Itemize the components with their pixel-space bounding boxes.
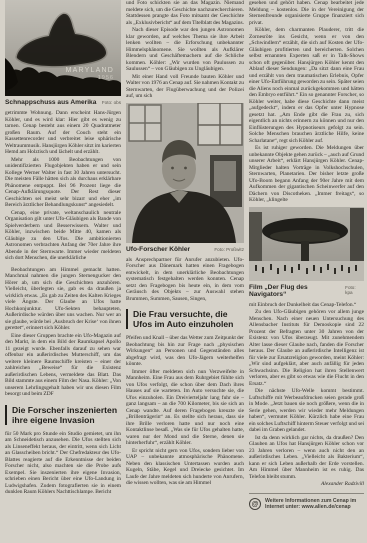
body-paragraph: Mit einer Hand voll Freunde bauten Köhle… [126,74,244,100]
internet-infobox: @ Weitere Informationen zum Cenap im Int… [249,493,364,511]
ufo-snapshot-photo: MARYLAND 1956 [5,0,121,96]
building-left [249,212,262,262]
subhead-frau-ufos-auto: Die Frau versuchte, die Ufos im Auto ein… [126,309,244,329]
column-right: gesehen und gehört haben. Cenap bearbeit… [249,0,364,543]
body-paragraph: Pfeifen und Knall – über das Wetter zum … [126,335,244,368]
body-paragraph: Er spricht nicht gern von Ufos, sondern … [126,448,244,487]
koehler-portrait-photo [126,103,244,243]
body-paragraph: Zu den Ufo-Gläubigen gehören vor allem j… [249,309,364,387]
body-paragraph: Nach dieser Episode war den jungen Astro… [126,27,244,73]
photo-caption: Ufo-Forscher Köhler [126,246,190,253]
body-paragraph: Beobachtungen am Himmel gemacht hatten. … [5,267,121,332]
body-paragraph: und Foto schickten sie an das Magazin. N… [126,0,244,26]
body-paragraph: mit Einbruch der Dunkelheit das Cenap-Te… [249,302,364,309]
building-right [350,208,364,262]
column-left: MARYLAND 1956 Schnappschuss aus Amerika … [5,0,121,543]
newspaper-page: MARYLAND 1956 Schnappschuss aus Amerika … [0,0,367,543]
column-middle: und Foto schickten sie an das Magazin. N… [126,0,244,543]
body-paragraph: Cenap, eine private, weltanschaulich neu… [5,210,121,262]
body-paragraph: für 50 Mark pro Stunde ein Studio gemiet… [5,431,121,496]
subhead-forscher-invasion: Die Forscher inszenierten ihre eigene In… [5,405,121,425]
photo-label-year: 1956 [98,75,114,81]
photo-caption: Schnappschuss aus Amerika [5,99,96,106]
author-byline: Alexander Radzivill [249,481,364,487]
koehler-photo-caption-row: Ufo-Forscher Köhler Foto: Proßwitz [126,246,244,253]
photo-caption: Film „Der Flug des Navigators“ [249,284,345,298]
photo-credit: Foto: kpa [345,285,364,295]
ufo-photo-caption-row: Schnappschuss aus Amerika Foto: obs [5,99,121,106]
body-paragraph: Immer öfter meldeten sich nun Verzweifel… [126,369,244,447]
body-paragraph: getrimmte Wohnung. Dann erscheint Hans-J… [5,110,121,156]
body-paragraph: Köhler, dem charmanten Plauderer, tritt … [249,27,364,144]
navigator-film-photo [249,207,364,281]
photo-label-maryland: MARYLAND [66,67,114,74]
film-photo-caption-row: Film „Der Flug des Navigators“ Foto: kpa [249,284,364,298]
infobox-text: Weitere Informationen zum Cenap im Inter… [265,498,364,511]
body-paragraph: Die nächste Ufo-Welle kommt bestimmt. Lu… [249,388,364,434]
body-paragraph: Mehr als 1000 Beobachtungen von unidenti… [5,157,121,209]
at-sign-icon: @ [249,498,261,510]
photo-credit: Foto: obs [102,100,121,105]
body-paragraph: gesehen und gehört haben. Cenap bearbeit… [249,0,364,26]
body-paragraph: Eine dieser Gruppen brachte ein Ufo-Maga… [5,333,121,398]
photo-credit: Foto: Proßwitz [214,247,244,252]
body-paragraph: als Ansprechpartner für Anrufer anzubiet… [126,257,244,303]
body-paragraph: Es ist ruhiger geworden. Die Meldungen ü… [249,145,364,204]
body-paragraph: Ist da denn wirklich gar nichts, da drau… [249,435,364,481]
